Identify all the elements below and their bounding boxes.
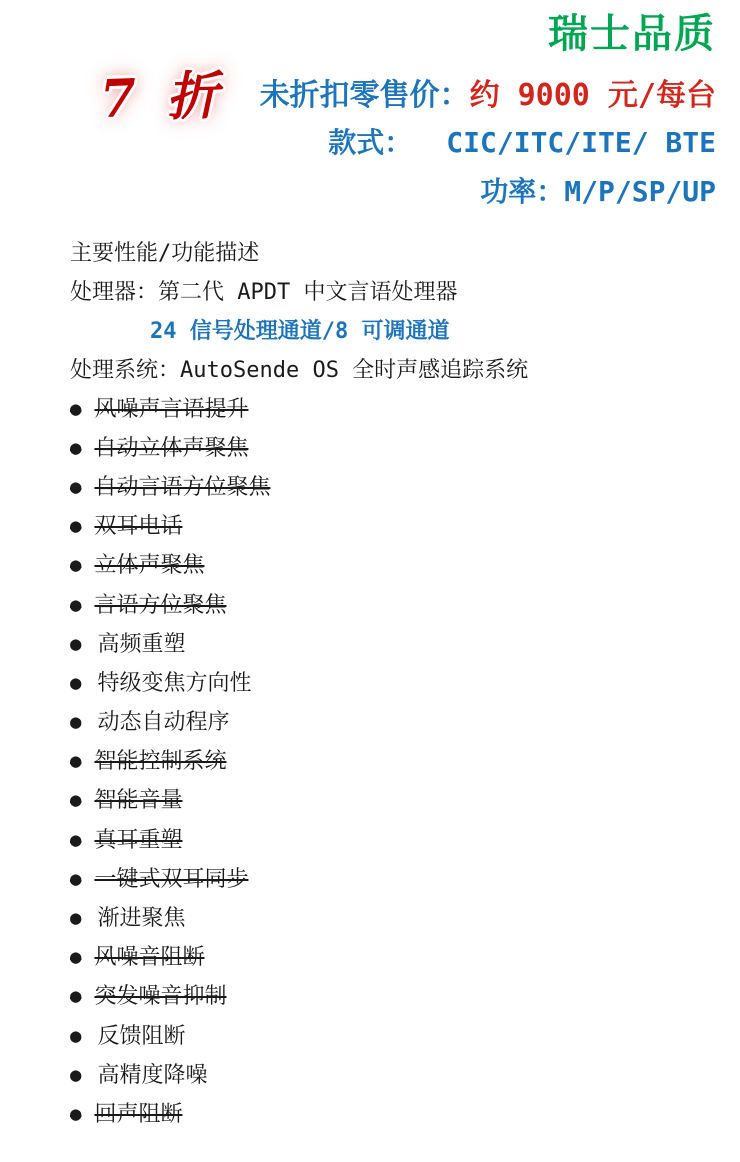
feature-inner: ●反馈阻断: [70, 1017, 185, 1057]
bullet-icon: ●: [70, 476, 94, 498]
bullet-icon: ●: [70, 1064, 97, 1086]
bullet-icon: ●: [70, 711, 97, 733]
list-item: ●智能音量: [70, 782, 740, 821]
feature-inner: ●风噪音阻断: [70, 938, 204, 978]
feature-inner: ●言语方位聚焦: [70, 586, 226, 626]
bullet-icon: ●: [70, 437, 94, 459]
bullet-icon: ●: [70, 633, 97, 655]
feature-inner: ●一键式双耳同步: [70, 860, 248, 900]
feature-label: 渐进聚焦: [97, 906, 185, 931]
feature-inner: ●动态自动程序: [70, 703, 229, 743]
quality-title: 瑞士品质: [0, 12, 716, 56]
list-item: ●动态自动程序: [70, 704, 740, 743]
power-value: M/P/SP/UP: [564, 175, 716, 208]
bullet-icon: ●: [70, 829, 94, 851]
channels-line: 24 信号处理通道/8 可调通道: [150, 312, 740, 351]
style-line: 款式：CIC/ITC/ITE/ BTE: [0, 127, 716, 159]
feature-inner: ●立体声聚焦: [70, 546, 204, 586]
list-item: ●一键式双耳同步: [70, 860, 740, 899]
discount-badge: 7 折: [99, 66, 225, 130]
feature-inner: ●风噪声言语提升: [70, 390, 248, 430]
bullet-icon: ●: [70, 789, 94, 811]
list-item: ●高频重塑: [70, 625, 740, 664]
feature-label: 风噪音阻断: [94, 945, 204, 970]
bullet-icon: ●: [70, 398, 94, 420]
feature-inner: ●自动言语方位聚焦: [70, 468, 270, 508]
section-heading: 主要性能/功能描述: [70, 234, 740, 273]
feature-inner: ●高精度降噪: [70, 1056, 207, 1096]
feature-label: 自动言语方位聚焦: [94, 475, 270, 500]
bullet-icon: ●: [70, 515, 94, 537]
list-item: ●渐进聚焦: [70, 899, 740, 938]
feature-label: 智能控制系统: [94, 749, 226, 774]
feature-label: 回声阻断: [94, 1102, 182, 1127]
style-value: CIC/ITC/ITE/ BTE: [446, 126, 716, 159]
bullet-icon: ●: [70, 985, 94, 1007]
feature-label: 立体声聚焦: [94, 553, 204, 578]
feature-inner: ●渐进聚焦: [70, 899, 185, 939]
feature-label: 自动立体声聚焦: [94, 436, 248, 461]
price-value: 约 9000 元/每台: [470, 78, 716, 113]
list-item: ●突发噪音抑制: [70, 978, 740, 1017]
feature-inner: ●回声阻断: [70, 1095, 182, 1135]
feature-label: 反馈阻断: [97, 1024, 185, 1049]
feature-inner: ●智能控制系统: [70, 742, 226, 782]
bullet-icon: ●: [70, 1025, 97, 1047]
list-item: ●自动立体声聚焦: [70, 429, 740, 468]
feature-label: 言语方位聚焦: [94, 593, 226, 618]
list-item: ●立体声聚焦: [70, 547, 740, 586]
list-item: ●智能控制系统: [70, 743, 740, 782]
bullet-icon: ●: [70, 750, 94, 772]
feature-inner: ●真耳重塑: [70, 821, 182, 861]
system-line: 处理系统：AutoSende OS 全时声感追踪系统: [70, 351, 740, 390]
list-item: ●高精度降噪: [70, 1056, 740, 1095]
feature-list: ●风噪声言语提升 ●自动立体声聚焦 ●自动言语方位聚焦 ●双耳电话 ●立体声聚焦…: [70, 390, 740, 1135]
power-label: 功率：: [480, 175, 564, 208]
bullet-icon: ●: [70, 594, 94, 616]
bullet-icon: ●: [70, 1103, 94, 1125]
list-item: ●真耳重塑: [70, 821, 740, 860]
feature-label: 智能音量: [94, 788, 182, 813]
bullet-icon: ●: [70, 868, 94, 890]
feature-label: 双耳电话: [94, 514, 182, 539]
list-item: ●回声阻断: [70, 1095, 740, 1134]
feature-label: 风噪声言语提升: [94, 397, 248, 422]
list-item: ●特级变焦方向性: [70, 664, 740, 703]
feature-label: 特级变焦方向性: [97, 671, 251, 696]
document-page: 7 折 瑞士品质 未折扣零售价：约 9000 元/每台 款式：CIC/ITC/I…: [0, 0, 740, 1162]
power-line: 功率：M/P/SP/UP: [0, 176, 716, 208]
processor-line: 处理器：第二代 APDT 中文言语处理器: [70, 273, 740, 312]
bullet-icon: ●: [70, 672, 97, 694]
bullet-icon: ●: [70, 554, 94, 576]
feature-label: 真耳重塑: [94, 828, 182, 853]
feature-inner: ●双耳电话: [70, 507, 182, 547]
style-label: 款式：: [328, 126, 412, 159]
feature-label: 高频重塑: [97, 632, 185, 657]
list-item: ●风噪声言语提升: [70, 390, 740, 429]
feature-inner: ●智能音量: [70, 781, 182, 821]
feature-inner: ●特级变焦方向性: [70, 664, 251, 704]
feature-inner: ●自动立体声聚焦: [70, 429, 248, 469]
document-body: 主要性能/功能描述 处理器：第二代 APDT 中文言语处理器 24 信号处理通道…: [70, 234, 740, 1135]
list-item: ●反馈阻断: [70, 1017, 740, 1056]
list-item: ●风噪音阻断: [70, 939, 740, 978]
bullet-icon: ●: [70, 907, 97, 929]
feature-label: 一键式双耳同步: [94, 867, 248, 892]
price-label: 未折扣零售价：: [260, 78, 470, 113]
list-item: ●自动言语方位聚焦: [70, 468, 740, 507]
feature-inner: ●高频重塑: [70, 625, 185, 665]
bullet-icon: ●: [70, 946, 94, 968]
list-item: ●双耳电话: [70, 508, 740, 547]
feature-label: 动态自动程序: [97, 710, 229, 735]
feature-label: 突发噪音抑制: [94, 984, 226, 1009]
feature-inner: ●突发噪音抑制: [70, 977, 226, 1017]
feature-label: 高精度降噪: [97, 1063, 207, 1088]
list-item: ●言语方位聚焦: [70, 586, 740, 625]
